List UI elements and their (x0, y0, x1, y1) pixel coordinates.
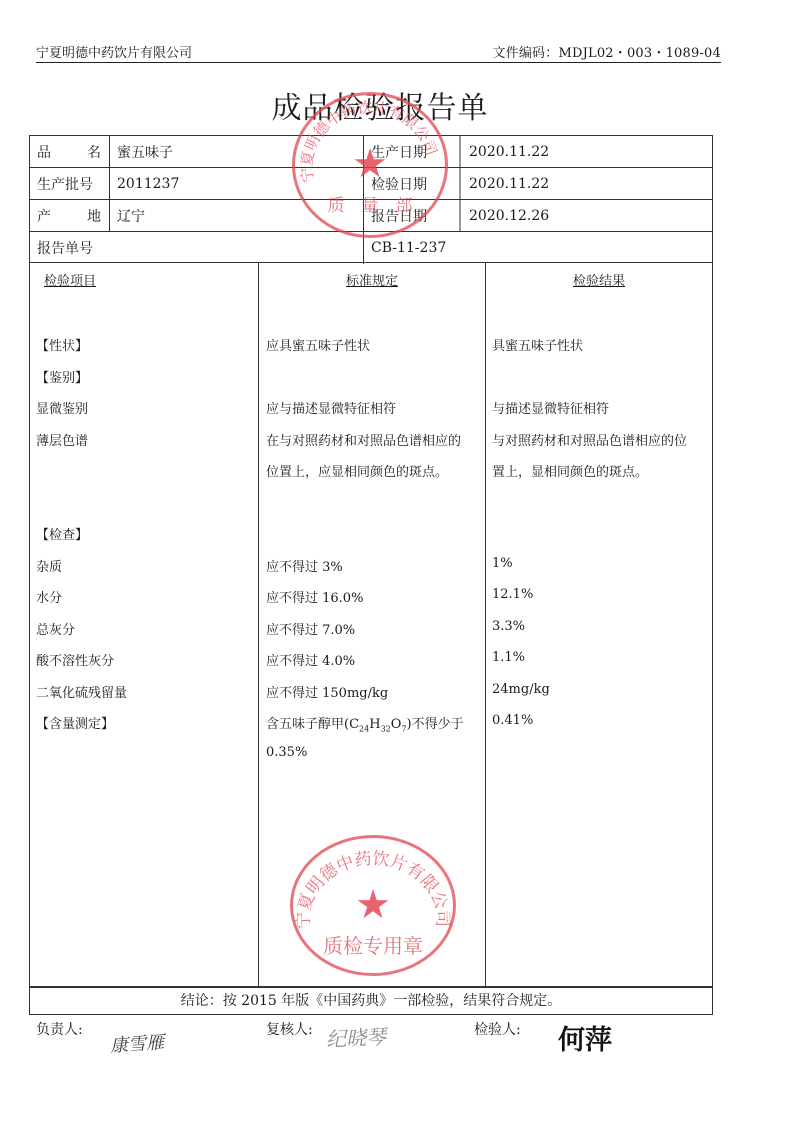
item-cell: 水分 (36, 587, 62, 606)
report-date-label: 报告日期 (364, 200, 461, 231)
standard-cell: 应具蜜五味子性状 (266, 335, 370, 354)
standard-cell: 在与对照药材和对照品色谱相应的 (266, 430, 461, 449)
label-part: 地 (87, 206, 101, 226)
label-part: 产 (37, 206, 51, 226)
origin-value: 辽宁 (110, 200, 364, 231)
item-cell: 【鉴别】 (36, 367, 88, 386)
item-cell: 【检查】 (36, 524, 88, 543)
product-name-value: 蜜五味子 (110, 136, 364, 167)
batch-label: 生产批号 (30, 168, 110, 199)
result-cell: 与描述显微特征相符 (492, 398, 609, 417)
info-table: 品 名 蜜五味子 生产日期 2020.11.22 生产批号 2011237 检验… (29, 135, 713, 263)
report-no-value: CB-11-237 (364, 232, 712, 264)
reviewer-label: 复核人: (266, 1019, 313, 1039)
conclusion: 结论：按 2015 年版《中国药典》一部检验，结果符合规定。 (29, 987, 713, 1015)
header-item: 检验项目 (44, 270, 96, 289)
item-cell: 总灰分 (36, 619, 75, 638)
result-cell: 0.41% (492, 713, 533, 728)
item-cell: 薄层色谱 (36, 430, 88, 449)
production-date-label: 生产日期 (364, 136, 461, 167)
product-name-label: 品 名 (30, 136, 110, 167)
info-row-name: 品 名 蜜五味子 生产日期 2020.11.22 (30, 136, 712, 168)
origin-label: 产 地 (30, 200, 110, 231)
result-cell: 与对照药材和对照品色谱相应的位 (492, 430, 687, 449)
item-cell: 二氧化硫残留量 (36, 682, 127, 701)
info-row-batch: 生产批号 2011237 检验日期 2020.11.22 (30, 168, 712, 200)
report-date-value: 2020.12.26 (461, 200, 712, 231)
header-result: 检验结果 (486, 270, 712, 289)
result-cell: 24mg/kg (492, 682, 550, 697)
standard-cell: 应与描述显微特征相符 (266, 398, 396, 417)
result-cell: 具蜜五味子性状 (492, 335, 583, 354)
reviewer-signature: 纪晓琴 (325, 1020, 386, 1052)
standard-cell: 0.35% (266, 745, 307, 760)
responsible-label: 负责人: (36, 1019, 83, 1039)
item-cell: 显微鉴别 (36, 398, 88, 417)
header-result-text: 检验结果 (573, 274, 625, 289)
info-row-origin: 产 地 辽宁 报告日期 2020.12.26 (30, 200, 712, 232)
standard-cell: 位置上，应显相同颜色的斑点。 (266, 461, 448, 480)
result-cell: 置上，显相同颜色的斑点。 (492, 461, 648, 480)
company-name: 宁夏明德中药饮片有限公司 (36, 42, 192, 61)
production-date-value: 2020.11.22 (461, 136, 712, 167)
header-standard: 标准规定 (259, 270, 485, 289)
document-code: 文件编码：MDJL02・003・1089-04 (492, 42, 721, 61)
inspection-table: 检验项目 标准规定 检验结果 【性状】应具蜜五味子性状具蜜五味子性状【鉴别】显微… (29, 263, 713, 987)
report-title: 成品检验报告单 (0, 83, 760, 127)
inspection-date-label: 检验日期 (364, 168, 461, 199)
standard-cell: 应不得过 3% (266, 556, 343, 575)
inspector-signature: 何萍 (558, 1018, 612, 1057)
result-cell: 1% (492, 556, 513, 571)
standard-cell: 应不得过 150mg/kg (266, 682, 388, 701)
standard-cell: 应不得过 7.0% (266, 619, 355, 638)
item-cell: 【性状】 (36, 335, 88, 354)
label-part: 名 (87, 142, 101, 162)
inspector-label: 检验人: (474, 1019, 521, 1039)
info-row-report-no: 报告单号 CB-11-237 (30, 232, 712, 264)
inspection-date-value: 2020.11.22 (461, 168, 712, 199)
report-no-label: 报告单号 (30, 232, 364, 264)
header-standard-text: 标准规定 (346, 274, 398, 289)
item-cell: 杂质 (36, 556, 62, 575)
standard-cell: 含五味子醇甲(C24H32O7)不得少于 (266, 713, 464, 734)
result-cell: 3.3% (492, 619, 525, 634)
responsible-signature: 康雪雁 (109, 1028, 165, 1058)
item-cell: 酸不溶性灰分 (36, 650, 114, 669)
header-divider (36, 62, 721, 63)
standard-cell: 应不得过 16.0% (266, 587, 363, 606)
batch-value: 2011237 (110, 168, 364, 199)
result-cell: 12.1% (492, 587, 533, 602)
standard-cell: 应不得过 4.0% (266, 650, 355, 669)
label-part: 品 (37, 142, 51, 162)
result-cell: 1.1% (492, 650, 525, 665)
item-cell: 【含量测定】 (36, 713, 114, 732)
